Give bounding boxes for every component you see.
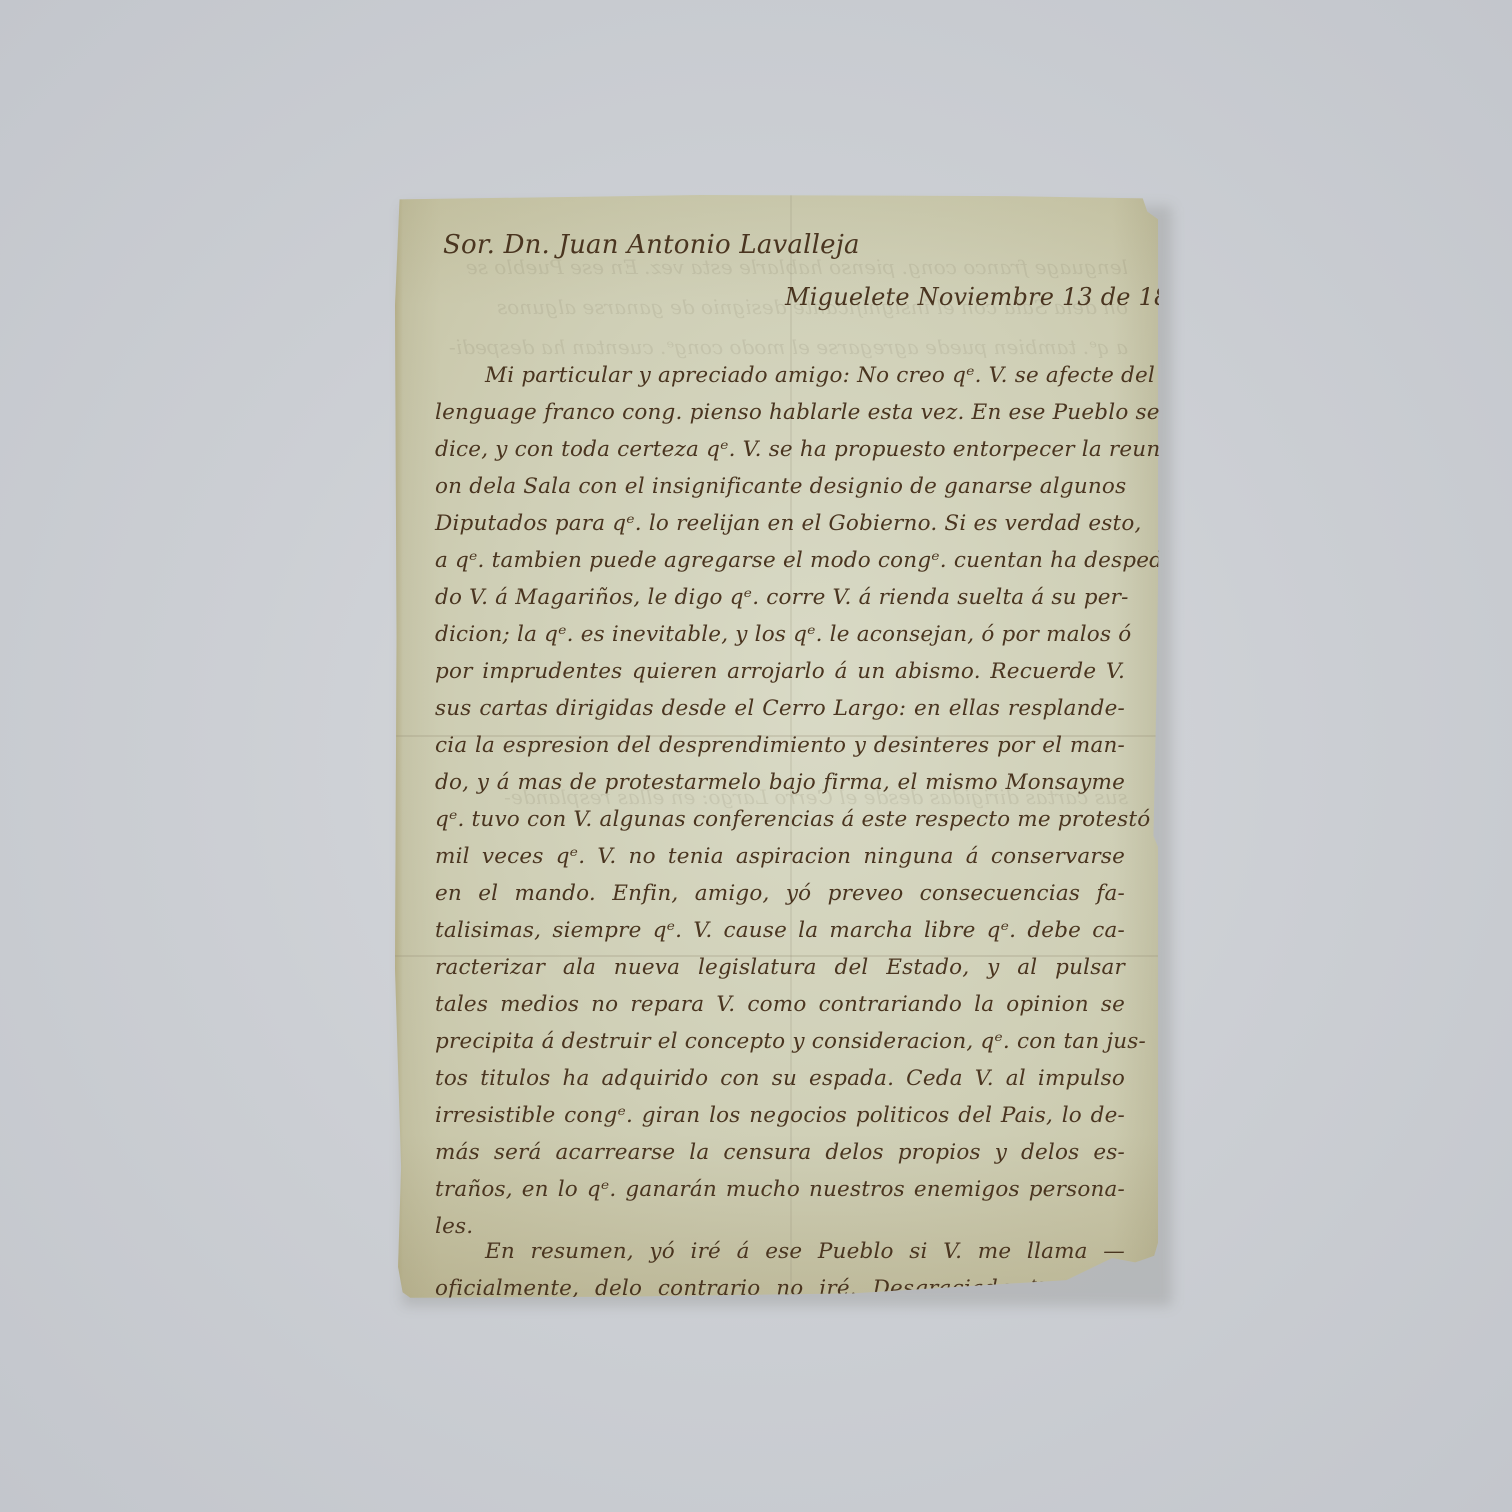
letter-addressee: Sor. Dn. Juan Antonio Lavalleja xyxy=(443,230,860,260)
letter-line: tos titulos ha adquirido con su espada. … xyxy=(435,1066,1125,1091)
letter-line: do, y á mas de protestarmelo bajo firma,… xyxy=(435,770,1125,795)
bleed-through-text: a qᵉ. tambien puede agregarse el modo co… xyxy=(425,335,1128,359)
paper-edge xyxy=(395,195,403,1300)
letter-line: se me cree el unico y principal movil de… xyxy=(435,1313,1125,1338)
letter-sheet: lenguage franco cong. pienso hablarle es… xyxy=(395,195,1158,1300)
letter-line: sus cartas dirigidas desde el Cerro Larg… xyxy=(435,696,1125,721)
letter-line: V. ha desplegado. Así me lo escriben, bi… xyxy=(435,1350,1125,1375)
letter-line: do V. á Magariños, le digo qᵉ. corre V. … xyxy=(435,585,1125,610)
letter-line: a qᵉ. tambien puede agregarse el modo co… xyxy=(435,548,1125,573)
letter-line: les. xyxy=(435,1214,1125,1239)
letter-line: en el mando. Enfin, amigo, yó preveo con… xyxy=(435,881,1125,906)
letter-line: En resumen, yó iré á ese Pueblo si V. me… xyxy=(485,1239,1125,1264)
letter-line: lenguage franco cong. pienso hablarle es… xyxy=(435,400,1125,425)
letter-line: racterizar ala nueva legislatura del Est… xyxy=(435,955,1125,980)
letter-line: traños, en lo qᵉ. ganarán mucho nuestros… xyxy=(435,1177,1125,1202)
letter-line: más será acarrearse la censura delos pro… xyxy=(435,1140,1125,1165)
letter-line: dice, y con toda certeza qᵉ. V. se ha pr… xyxy=(435,437,1125,462)
letter-line: mil veces qᵉ. V. no tenia aspiracion nin… xyxy=(435,844,1125,869)
letter-line: on dela Sala con el insignificante desig… xyxy=(435,474,1125,499)
letter-line: dicion; la qᵉ. es inevitable, y los qᵉ. … xyxy=(435,622,1125,647)
letter-line: talisimas, siempre qᵉ. V. cause la march… xyxy=(435,918,1125,943)
letter-place-date: Miguelete Noviembre 13 de 1828 xyxy=(785,283,1200,311)
letter-line: cia la espresion del desprendimiento y d… xyxy=(435,733,1125,758)
letter-line: tales medios no repara V. como contraria… xyxy=(435,992,1125,1017)
letter-line: Diputados para qᵉ. lo reelijan en el Gob… xyxy=(435,511,1125,536)
letter-line: irresistible congᵉ. giran los negocios p… xyxy=(435,1103,1125,1128)
letter-line: precipita á destruir el concepto y consi… xyxy=(435,1029,1125,1054)
letter-line: Mi particular y apreciado amigo: No creo… xyxy=(485,363,1125,388)
letter-line: ese mismo Pueblo, y mi aparicion en él c… xyxy=(435,1387,1125,1412)
letter-line: qᵉ. tuvo con V. algunas conferencias á e… xyxy=(435,807,1125,832)
letter-line: por imprudentes quieren arrojarlo á un a… xyxy=(435,659,1125,684)
